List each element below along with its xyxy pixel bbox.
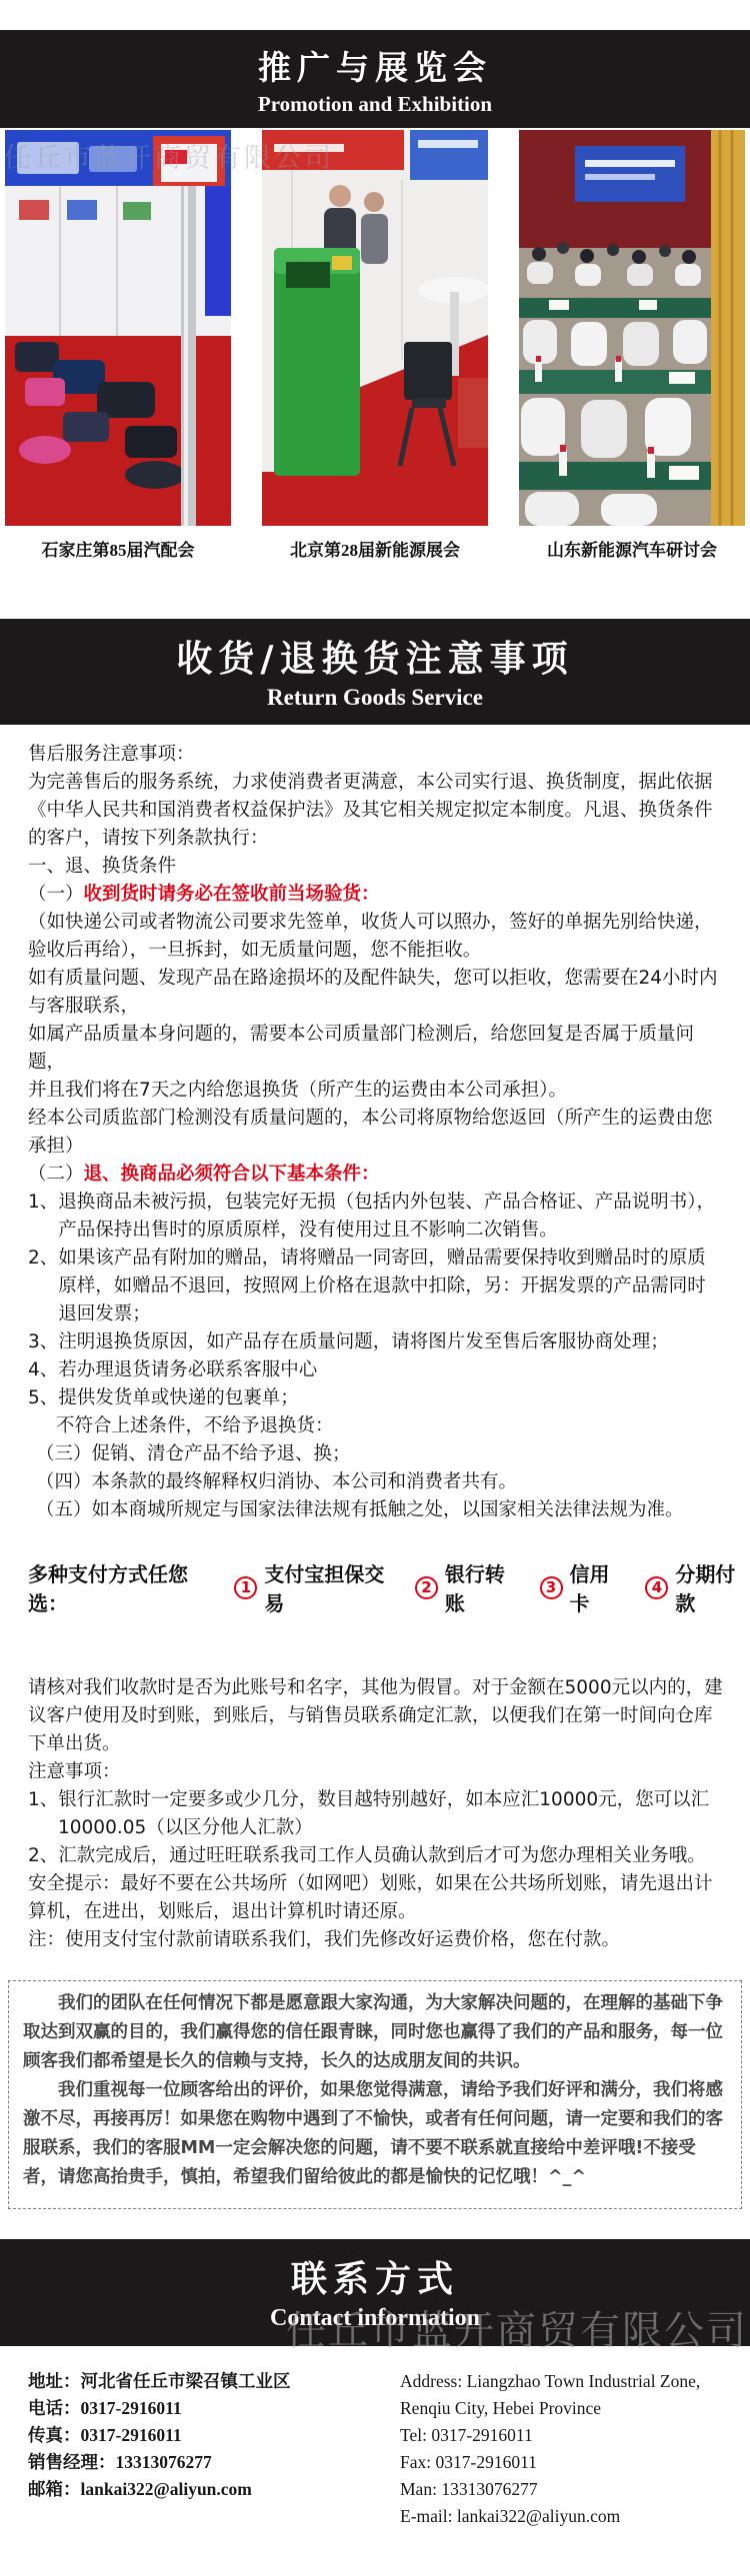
remit-note-2: 2、汇款完成后，通过旺旺联系我司工作人员确认款到后才可为您办理相关业务哦。: [28, 1842, 724, 1870]
team-message-para2: 我们重视每一位顾客给出的评价，如果您觉得满意，请给予我们好评和满分，我们将感激不…: [23, 2076, 727, 2192]
clause1-red-text: 收到货时请务必在签收前当场验货：: [84, 884, 380, 905]
aftersale-heading: 售后服务注意事项：: [28, 741, 724, 769]
auto-parts-fair-photo: [5, 130, 231, 526]
new-energy-expo-photo: [262, 130, 488, 526]
photo-column-3: 山东新能源汽车研讨会: [519, 130, 745, 561]
contact-chinese-column: 地址：河北省任丘市梁召镇工业区 电话：0317-2916011 传真：0317-…: [28, 2368, 400, 2530]
contact-address-cn: 地址：河北省任丘市梁召镇工业区: [28, 2368, 400, 2395]
clause1-detail-3: 如属产品质量本身问题的，需要本公司质量部门检测后，给您回复是否属于质量问题，: [28, 1021, 724, 1077]
payment-label: 多种支付方式任您选：: [28, 1558, 214, 1616]
clause1-detail-5: 经本公司质监部门检测没有质量问题的，本公司将原物给您返回（所产生的运费由您承担）: [28, 1105, 724, 1161]
payment-methods-line: 多种支付方式任您选： 1 支付宝担保交易 2 银行转账 3 信用卡 4 分期付款: [0, 1558, 750, 1616]
clause2-red-text: 退、换商品必须符合以下基本条件：: [84, 1164, 380, 1185]
condition-num: 4、: [28, 1356, 58, 1384]
clause5: （五）如本商城所规定与国家法律法规有抵触之处，以国家相关法律法规为准。: [28, 1496, 724, 1524]
condition-text: 若办理退货请务必联系客服中心: [58, 1356, 724, 1384]
remit-note-text: 银行汇款时一定要多或少几分，数目越特别越好，如本应汇10000元，您可以汇100…: [58, 1789, 709, 1838]
circled-3-icon: 3: [540, 1576, 563, 1599]
circled-1-icon: 1: [234, 1576, 257, 1599]
condition-text: 注明退换货原因，如产品存在质量问题，请将图片发至售后客服协商处理；: [58, 1328, 724, 1356]
team-message-para1: 我们的团队在任何情况下都是愿意跟大家沟通，为大家解决问题的，在理解的基础下争取达…: [23, 1989, 727, 2076]
contact-english-column: Address: Liangzhao Town Industrial Zone,…: [400, 2368, 740, 2530]
clause1-prefix: （一）: [28, 884, 84, 905]
photo-column-1: 石家庄第85届汽配会: [5, 130, 231, 561]
seminar-room-photo: [519, 130, 745, 526]
remit-notes-heading: 注意事项：: [28, 1758, 724, 1786]
remit-note-text: 汇款完成后，通过旺旺联系我司工作人员确认款到后才可为您办理相关业务哦。: [58, 1845, 706, 1866]
promotion-title-en: Promotion and Exhibition: [0, 89, 750, 128]
clause2-prefix: （二）: [28, 1164, 84, 1185]
clause3: （三）促销、清仓产品不给予退、换；: [28, 1440, 724, 1468]
condition-item-4: 4、 若办理退货请务必联系客服中心: [28, 1356, 724, 1384]
remit-note-1: 1、银行汇款时一定要多或少几分，数目越特别越好，如本应汇10000元，您可以汇1…: [28, 1786, 724, 1842]
contact-email-cn: 邮箱：lankai322@aliyun.com: [28, 2476, 400, 2503]
aftersale-intro: 为完善售后的服务系统，力求使消费者更满意，本公司实行退、换货制度，据此依据《中华…: [28, 769, 724, 853]
contact-label: 销售经理：: [28, 2452, 116, 2472]
remit-note-num: 1、: [28, 1789, 58, 1810]
photo-caption-1: 石家庄第85届汽配会: [5, 526, 231, 561]
contact-value: 13313076277: [116, 2452, 212, 2472]
alipay-note: 注：使用支付宝付款前请联系我们，我们先修改好运费价格，您在付款。: [28, 1926, 724, 1954]
promotion-banner: 推广与展览会 Promotion and Exhibition: [0, 30, 750, 128]
contact-address-en-2: Renqiu City, Hebei Province: [400, 2395, 740, 2422]
contact-manager-cn: 销售经理：13313076277: [28, 2449, 400, 2476]
return-title-en: Return Goods Service: [0, 682, 750, 725]
condition-text: 如果该产品有附加的赠品，请将赠品一同寄回，赠品需要保持收到赠品时的原质原样，如赠…: [58, 1245, 724, 1328]
clause2-line: （二）退、换商品必须符合以下基本条件：: [28, 1161, 724, 1189]
contact-title-cn: 联系方式: [0, 2239, 750, 2302]
remittance-notes: 请核对我们收款时是否为此账号和名字，其他为假冒。对于金额在5000元以内的，建议…: [0, 1674, 750, 1954]
clause1-detail-1: （如快递公司或者物流公司要求先签单，收货人可以照办，签好的单据先别给快递，验收后…: [28, 909, 724, 965]
contact-fax-cn: 传真：0317-2916011: [28, 2422, 400, 2449]
exhibition-photos-row: 任丘市蓝开商贸有限公司: [0, 128, 750, 561]
return-policy-text: 售后服务注意事项： 为完善售后的服务系统，力求使消费者更满意，本公司实行退、换货…: [0, 725, 750, 1524]
clause1-detail-4: 并且我们将在7天之内给您退换货（所产生的运费由本公司承担）。: [28, 1077, 724, 1105]
payment-method-label: 银行转账: [445, 1558, 520, 1616]
return-service-banner: 收货/退换货注意事项 Return Goods Service: [0, 619, 750, 725]
contact-value: 河北省任丘市梁召镇工业区: [81, 2371, 291, 2391]
photo-caption-2: 北京第28届新能源展会: [262, 526, 488, 561]
contact-email-en: E-mail: lankai322@aliyun.com: [400, 2503, 740, 2530]
contact-man-en: Man: 13313076277: [400, 2476, 740, 2503]
condition-text: 提供发货单或快递的包裹单；: [58, 1384, 724, 1412]
contact-tel-cn: 电话：0317-2916011: [28, 2395, 400, 2422]
condition-num: 2、: [28, 1245, 58, 1328]
payment-method-label: 支付宝担保交易: [264, 1558, 395, 1616]
contact-label: 电话：: [28, 2398, 81, 2418]
clause4: （四）本条款的最终解释权归消协、本公司和消费者共有。: [28, 1468, 724, 1496]
contact-details: 地址：河北省任丘市梁召镇工业区 电话：0317-2916011 传真：0317-…: [0, 2346, 750, 2576]
condition-item-2: 2、 如果该产品有附加的赠品，请将赠品一同寄回，赠品需要保持收到赠品时的原质原样…: [28, 1245, 724, 1328]
contact-title-en: Contact information: [0, 2302, 750, 2346]
return-title-cn: 收货/退换货注意事项: [0, 619, 750, 682]
condition-num: 3、: [28, 1328, 58, 1356]
section1-title: 一、退、换货条件: [28, 853, 724, 881]
promotion-title-cn: 推广与展览会: [0, 30, 750, 89]
photo-caption-3: 山东新能源汽车研讨会: [519, 526, 745, 561]
condition-item-5: 5、 提供发货单或快递的包裹单；: [28, 1384, 724, 1412]
condition-text: 退换商品未被污损，包装完好无损（包括内外包装、产品合格证、产品说明书），产品保持…: [58, 1189, 724, 1245]
contact-label: 传真：: [28, 2425, 81, 2445]
no-return-note: 不符合上述条件，不给予退换货：: [28, 1412, 724, 1440]
payment-method-label: 分期付款: [675, 1558, 750, 1616]
clause1-detail-2: 如有质量问题、发现产品在路途损坏的及配件缺失，您可以拒收，您需要在24小时内与客…: [28, 965, 724, 1021]
contact-value: lankai322@aliyun.com: [81, 2479, 252, 2499]
condition-item-3: 3、 注明退换货原因，如产品存在质量问题，请将图片发至售后客服协商处理；: [28, 1328, 724, 1356]
contact-banner: 联系方式 Contact information 任丘市蓝开商贸有限公司: [0, 2239, 750, 2346]
contact-label: 地址：: [28, 2371, 81, 2391]
clause1-line: （一）收到货时请务必在签收前当场验货：: [28, 881, 724, 909]
contact-fax-en: Fax: 0317-2916011: [400, 2449, 740, 2476]
payment-method-label: 信用卡: [570, 1558, 626, 1616]
condition-num: 1、: [28, 1189, 58, 1245]
contact-value: 0317-2916011: [81, 2425, 182, 2445]
contact-value: 0317-2916011: [81, 2398, 182, 2418]
circled-4-icon: 4: [645, 1576, 668, 1599]
contact-address-en-1: Address: Liangzhao Town Industrial Zone,: [400, 2368, 740, 2395]
photo-column-2: 北京第28届新能源展会: [262, 130, 488, 561]
circled-2-icon: 2: [415, 1576, 438, 1599]
remit-para1: 请核对我们收款时是否为此账号和名字，其他为假冒。对于金额在5000元以内的，建议…: [28, 1674, 724, 1758]
contact-tel-en: Tel: 0317-2916011: [400, 2422, 740, 2449]
team-message-box: 我们的团队在任何情况下都是愿意跟大家沟通，为大家解决问题的，在理解的基础下争取达…: [8, 1980, 742, 2209]
condition-item-1: 1、 退换商品未被污损，包装完好无损（包括内外包装、产品合格证、产品说明书），产…: [28, 1189, 724, 1245]
remit-note-num: 2、: [28, 1845, 58, 1866]
contact-label: 邮箱：: [28, 2479, 81, 2499]
condition-num: 5、: [28, 1384, 58, 1412]
security-tip: 安全提示：最好不要在公共场所（如网吧）划账，如果在公共场所划账，请先退出计算机，…: [28, 1870, 724, 1926]
